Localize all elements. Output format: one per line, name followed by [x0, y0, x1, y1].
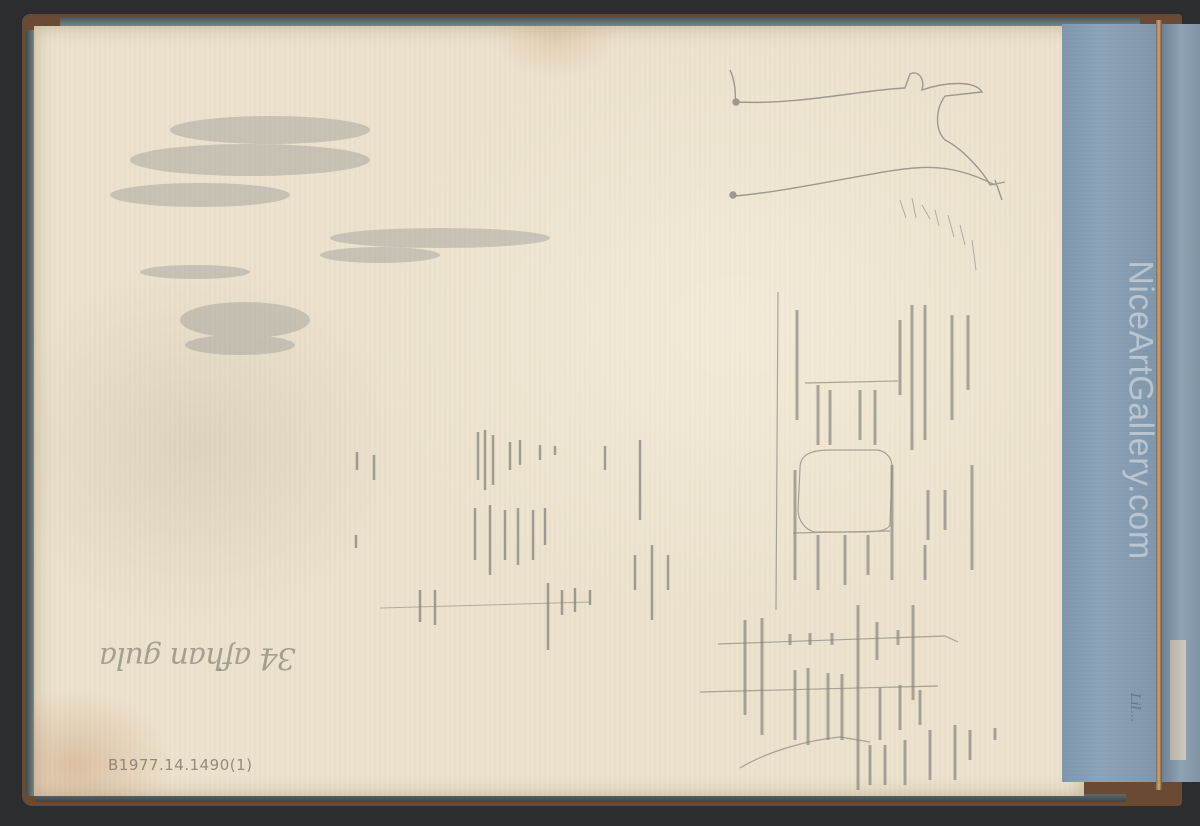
watermark-text: NiceArtGallery.com	[1121, 260, 1160, 559]
central-strokes	[356, 430, 668, 650]
pencil-sketches	[0, 0, 1200, 826]
strip-note: Lil...	[1127, 693, 1142, 722]
accession-number: B1977.14.1490(1)	[108, 756, 253, 774]
margin-numerals	[900, 198, 976, 270]
lower-architecture	[745, 605, 995, 790]
figure-outline	[730, 70, 1005, 200]
handwritten-inscription: 34 afhan gula	[100, 640, 296, 675]
cloud-shading	[110, 116, 550, 355]
horizon-line	[380, 602, 590, 608]
architecture-sketch	[795, 305, 972, 590]
